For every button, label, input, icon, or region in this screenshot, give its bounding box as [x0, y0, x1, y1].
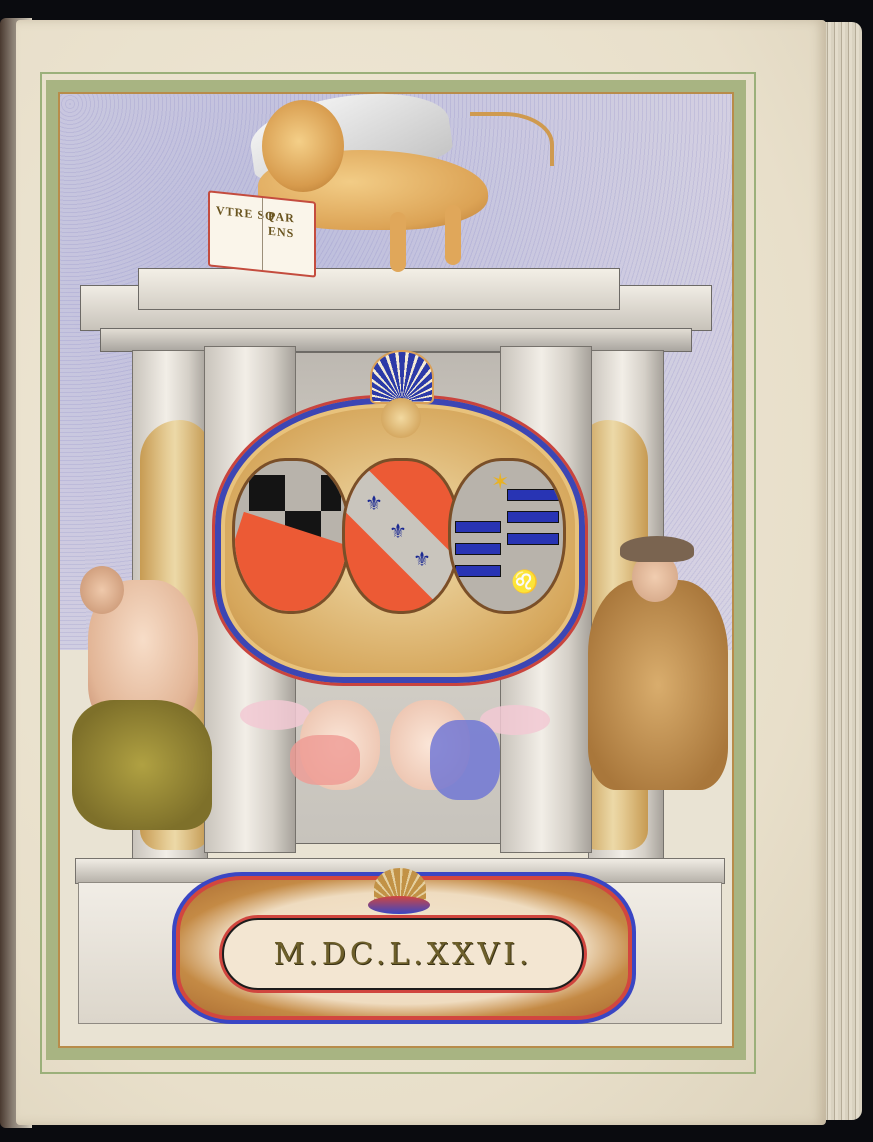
lion-leg — [445, 205, 461, 265]
cornice-top — [138, 268, 620, 310]
architrave — [100, 328, 692, 352]
fleur-de-lis-icon: ⚜ — [389, 519, 407, 544]
putto-wing-left — [240, 700, 310, 730]
checker-square — [249, 475, 285, 511]
drapery-left — [72, 700, 212, 830]
captive-head-left — [80, 566, 124, 614]
blue-bar — [507, 533, 559, 545]
old-man-hat — [620, 536, 694, 562]
date-text: M.DC.L.XXVI. — [274, 937, 533, 972]
lion-leg — [390, 212, 406, 272]
date-jewel-ornament — [368, 896, 430, 914]
blue-bar — [507, 489, 559, 501]
blue-drapery — [430, 720, 500, 800]
lion-head — [262, 100, 344, 192]
fleur-de-lis-icon: ⚜ — [365, 491, 383, 516]
blue-bar — [507, 511, 559, 523]
coat-of-arms-2: ⚜ ⚜ ⚜ — [342, 458, 460, 614]
fleur-de-lis-icon: ⚜ — [413, 547, 431, 572]
pink-drapery — [290, 735, 360, 785]
book-right-text: PAR ENS — [268, 209, 314, 244]
checker-square — [321, 475, 341, 511]
red-base — [232, 512, 350, 614]
shell-crest — [370, 350, 434, 404]
gold-lion-icon: ♌ — [511, 569, 538, 595]
coat-of-arms-3: ✶ ♌ — [448, 458, 566, 614]
coat-of-arms-1 — [232, 458, 350, 614]
book-left-text: VTRE SQ — [216, 203, 275, 224]
bezanty-bar — [455, 521, 501, 533]
bezanty-bar — [455, 543, 501, 555]
mask-ornament — [381, 398, 421, 438]
date-panel: M.DC.L.XXVI. — [222, 918, 584, 990]
seated-old-man-right — [588, 580, 728, 790]
open-book: VTRE SQ PAR ENS — [208, 190, 316, 277]
bezanty-bar — [455, 565, 501, 577]
